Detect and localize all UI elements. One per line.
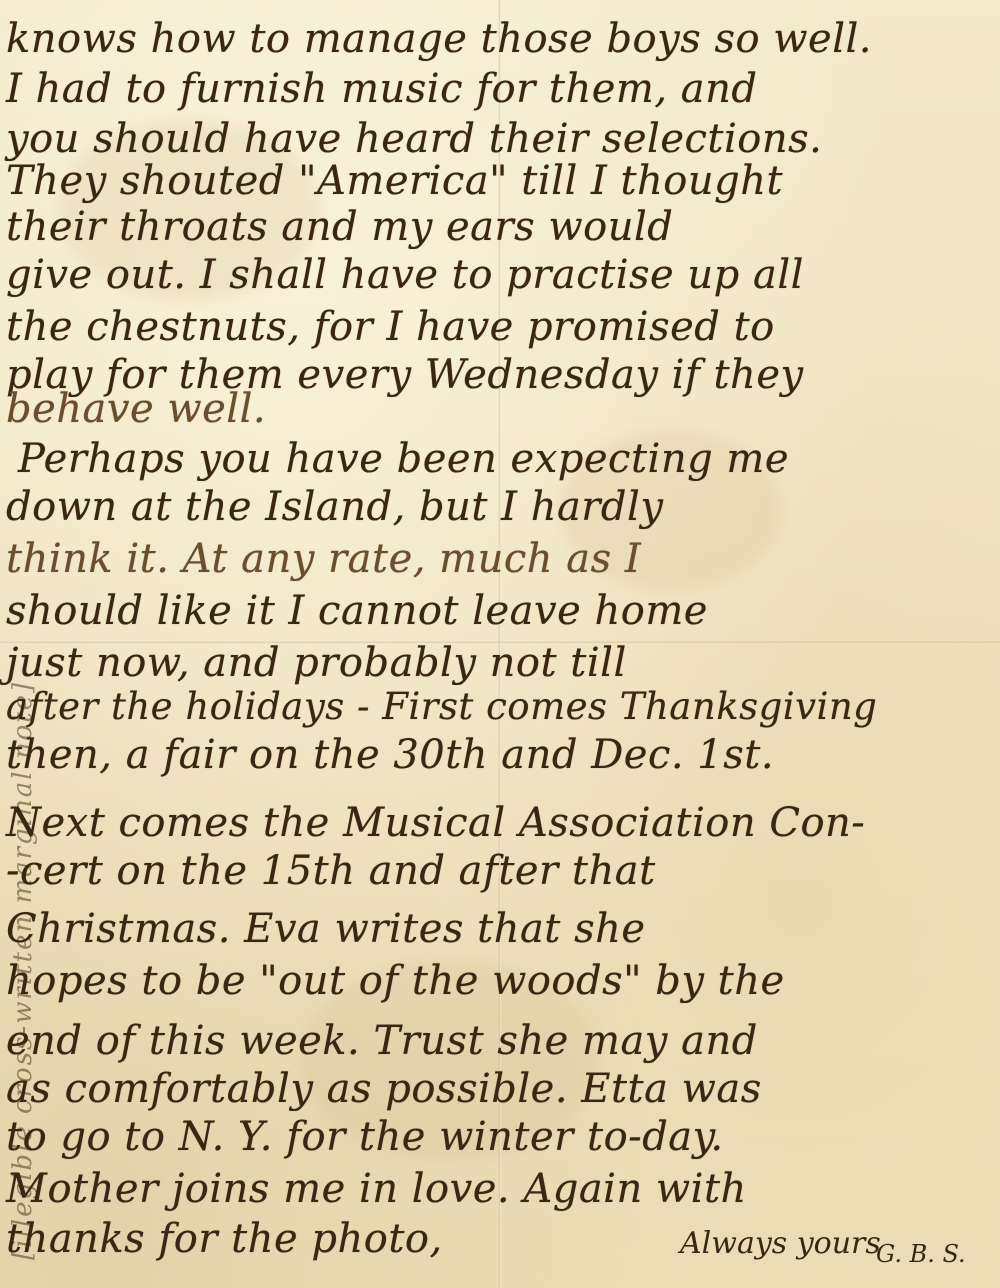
letter-line: then, a fair on the 30th and Dec. 1st. xyxy=(6,724,1000,786)
letter-closing: Always yours xyxy=(680,1226,881,1261)
letter-page: [illegible cross-written marginal note] … xyxy=(0,0,1000,1288)
letter-body: knows how to manage those boys so well. … xyxy=(0,0,1000,1288)
letter-line: -cert on the 15th and after that xyxy=(6,840,1000,902)
letter-line: hopes to be "out of the woods" by the xyxy=(6,950,1000,1012)
signature-initials: G. B. S. xyxy=(876,1240,966,1268)
